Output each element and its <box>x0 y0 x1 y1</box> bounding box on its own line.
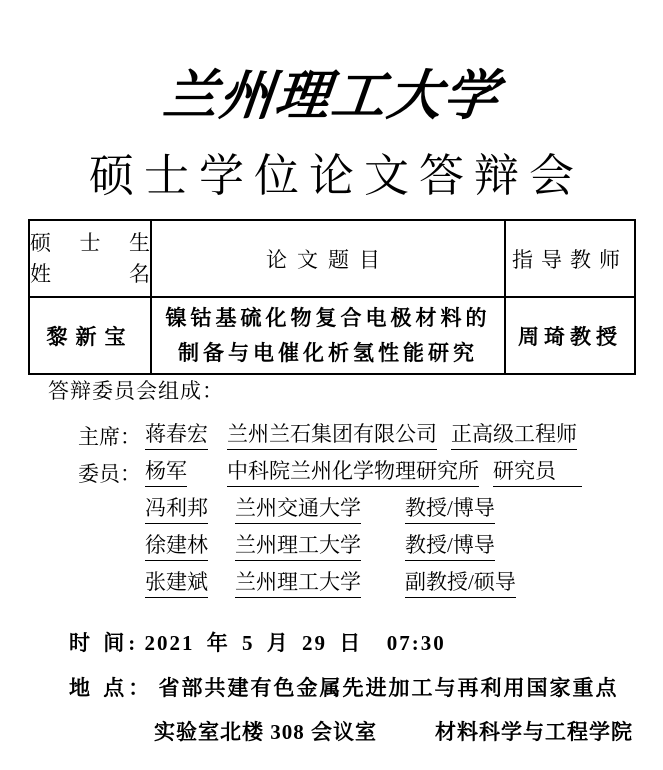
defense-announcement-page: 兰州理工大学 硕士学位论文答辩会 硕士生 姓名 论文题目 指导教师 黎新宝 镍钴… <box>0 0 663 770</box>
member-affiliation: 兰州交通大学 <box>235 495 361 524</box>
member-title: 教授/博导 <box>405 495 495 524</box>
committee-row-member-4: 张建斌 兰州理工大学 副教授/硕导 <box>78 569 516 598</box>
chair-role-label: 主席： <box>78 424 145 450</box>
header-cell-student-name: 硕士生 姓名 <box>29 220 151 297</box>
table-data-row: 黎新宝 镍钴基硫化物复合电极材料的 制备与电催化析氢性能研究 周琦教授 <box>29 297 635 374</box>
location-line2: 实验室北楼 308 会议室 <box>154 720 377 744</box>
thesis-title-cell: 镍钴基硫化物复合电极材料的 制备与电催化析氢性能研究 <box>151 297 505 374</box>
member-name: 杨军 <box>145 458 187 487</box>
location-row-2: 实验室北楼 308 会议室材料科学与工程学院 <box>133 692 633 770</box>
committee-row-member-1: 委员： 杨军 中科院兰州化学物理研究所 研究员 <box>78 458 582 487</box>
chair-title: 正高级工程师 <box>451 421 577 450</box>
page-title: 硕士学位论文答辩会 <box>0 140 663 212</box>
header-cell-advisor: 指导教师 <box>505 220 635 297</box>
member-title: 教授/博导 <box>405 532 495 561</box>
student-col-label-line2: 姓名 <box>30 259 150 290</box>
member-name: 冯利邦 <box>145 495 208 524</box>
member-affiliation: 中科院兰州化学物理研究所 <box>227 458 479 487</box>
member-affiliation: 兰州理工大学 <box>235 532 361 561</box>
header-cell-thesis-title: 论文题目 <box>151 220 505 297</box>
table-header-row: 硕士生 姓名 论文题目 指导教师 <box>29 220 635 297</box>
chair-affiliation: 兰州兰石集团有限公司 <box>227 421 437 450</box>
member-name: 徐建林 <box>145 532 208 561</box>
committee-row-member-3: 徐建林 兰州理工大学 教授/博导 <box>78 532 495 561</box>
chair-name: 蒋春宏 <box>145 421 208 450</box>
member-name: 张建斌 <box>145 569 208 598</box>
member-role-label: 委员： <box>78 461 145 487</box>
committee-row-member-2: 冯利邦 兰州交通大学 教授/博导 <box>78 495 495 524</box>
student-col-label-line1: 硕士生 <box>30 228 150 259</box>
thesis-title-line2: 制备与电催化析氢性能研究 <box>152 336 504 371</box>
university-logo-calligraphy: 兰州理工大学 <box>0 50 663 142</box>
member-title: 研究员 <box>493 458 582 487</box>
thesis-title-line1: 镍钴基硫化物复合电极材料的 <box>152 301 504 336</box>
advisor-cell: 周琦教授 <box>505 297 635 374</box>
member-affiliation: 兰州理工大学 <box>235 569 361 598</box>
member-title: 副教授/硕导 <box>405 569 516 598</box>
department-name: 材料科学与工程学院 <box>435 720 633 744</box>
committee-row-chair: 主席： 蒋春宏 兰州兰石集团有限公司 正高级工程师 <box>78 421 577 450</box>
defense-info-table: 硕士生 姓名 论文题目 指导教师 黎新宝 镍钴基硫化物复合电极材料的 制备与电催… <box>28 219 636 375</box>
committee-heading: 答辩委员会组成： <box>48 378 224 404</box>
student-name-cell: 黎新宝 <box>29 297 151 374</box>
